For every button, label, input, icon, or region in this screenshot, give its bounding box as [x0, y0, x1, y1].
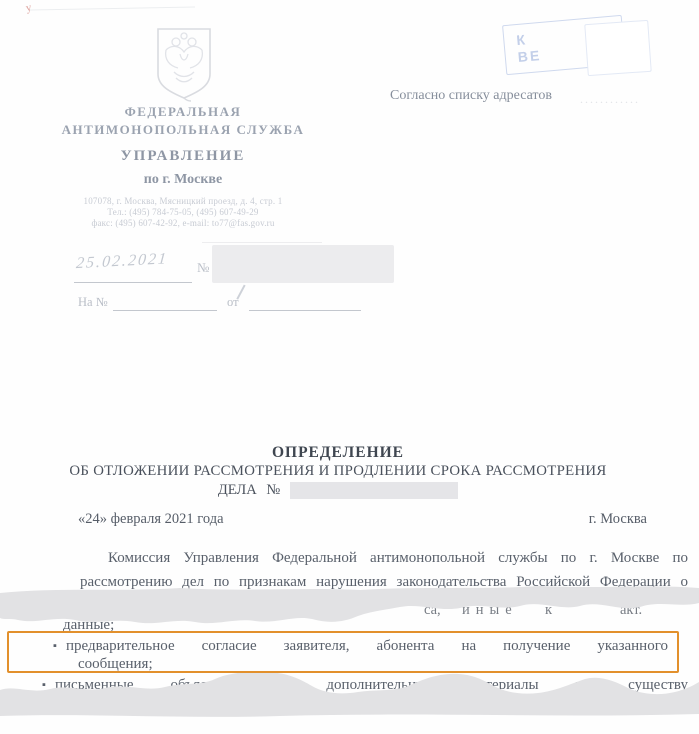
highlighted-bullet-line2: сообщения; — [78, 655, 153, 674]
scan-smudge — [202, 242, 322, 243]
document-subtitle: ОБ ОТЛОЖЕНИИ РАССМОТРЕНИЯ И ПРОДЛЕНИИ СР… — [0, 463, 676, 480]
body-paragraph-line1: Комиссия Управления Федеральной антимоно… — [80, 549, 688, 568]
outgoing-number-sign: № — [197, 260, 209, 276]
outgoing-number-redaction — [212, 245, 394, 283]
text-fragment: са, — [424, 602, 441, 619]
letterhead-address: 107078, г. Москва, Мясницкий проезд, д. … — [58, 196, 308, 206]
bullet-marker: ▪ — [42, 679, 46, 691]
decision-city: г. Москва — [589, 511, 647, 528]
bullet-marker: ▪ — [53, 640, 57, 652]
distribution-note: Согласно списку адресатов — [390, 88, 552, 104]
handwritten-date: 25.02.2021 — [75, 249, 196, 273]
text-fragment: к — [545, 602, 552, 619]
distribution-note-dots: ............ — [580, 92, 650, 107]
scanned-document-page: у К ВЕ — [0, 0, 699, 734]
letterhead-phone: Тел.: (495) 784-75-05, (495) 607-49-29 — [58, 207, 308, 217]
copy-stamp: К ВЕ — [500, 14, 660, 88]
letterhead-dept-line2: по г. Москве — [58, 172, 308, 188]
torn-paper-band-bottom — [0, 666, 699, 726]
ref-from-underline — [249, 309, 361, 311]
case-number-line: ДЕЛА № — [0, 482, 676, 499]
ref-number-underline — [113, 309, 217, 311]
coat-of-arms-emblem — [152, 26, 216, 102]
letterhead-org-line2: АНТИМОНОПОЛЬНАЯ СЛУЖБА — [58, 122, 308, 138]
case-number-redaction — [290, 482, 458, 499]
ref-number-label: На № — [78, 295, 108, 310]
scan-edge-line — [30, 7, 195, 11]
highlighted-bullet-line1: предварительное согласие заявителя, абон… — [66, 637, 668, 656]
text-fragment: акт. — [620, 602, 642, 619]
second-bullet-line: письменные объяснения и дополнительные м… — [55, 676, 688, 695]
letterhead-dept-line1: УПРАВЛЕНИЕ — [58, 148, 308, 165]
date-underline — [74, 281, 192, 283]
text-fragment: иные — [462, 602, 518, 619]
decision-date: «24» февраля 2021 года — [78, 511, 224, 528]
scan-corner-mark: у — [25, 2, 33, 15]
case-number-prefix: ДЕЛА № — [218, 482, 280, 499]
stamp-paper-cover — [584, 20, 651, 76]
document-title: ОПРЕДЕЛЕНИЕ — [0, 444, 676, 462]
text-fragment: Оч — [332, 602, 350, 619]
letterhead-fax-email: факс: (495) 607-42-92, e-mail: to77@fas.… — [58, 218, 308, 228]
letterhead-org-line1: ФЕДЕРАЛЬНАЯ — [58, 104, 308, 120]
body-paragraph-line2: рассмотрению дел по признакам нарушения … — [80, 573, 688, 592]
ref-from-label: от — [227, 295, 239, 310]
dateline-row: «24» февраля 2021 года г. Москва — [78, 511, 647, 528]
